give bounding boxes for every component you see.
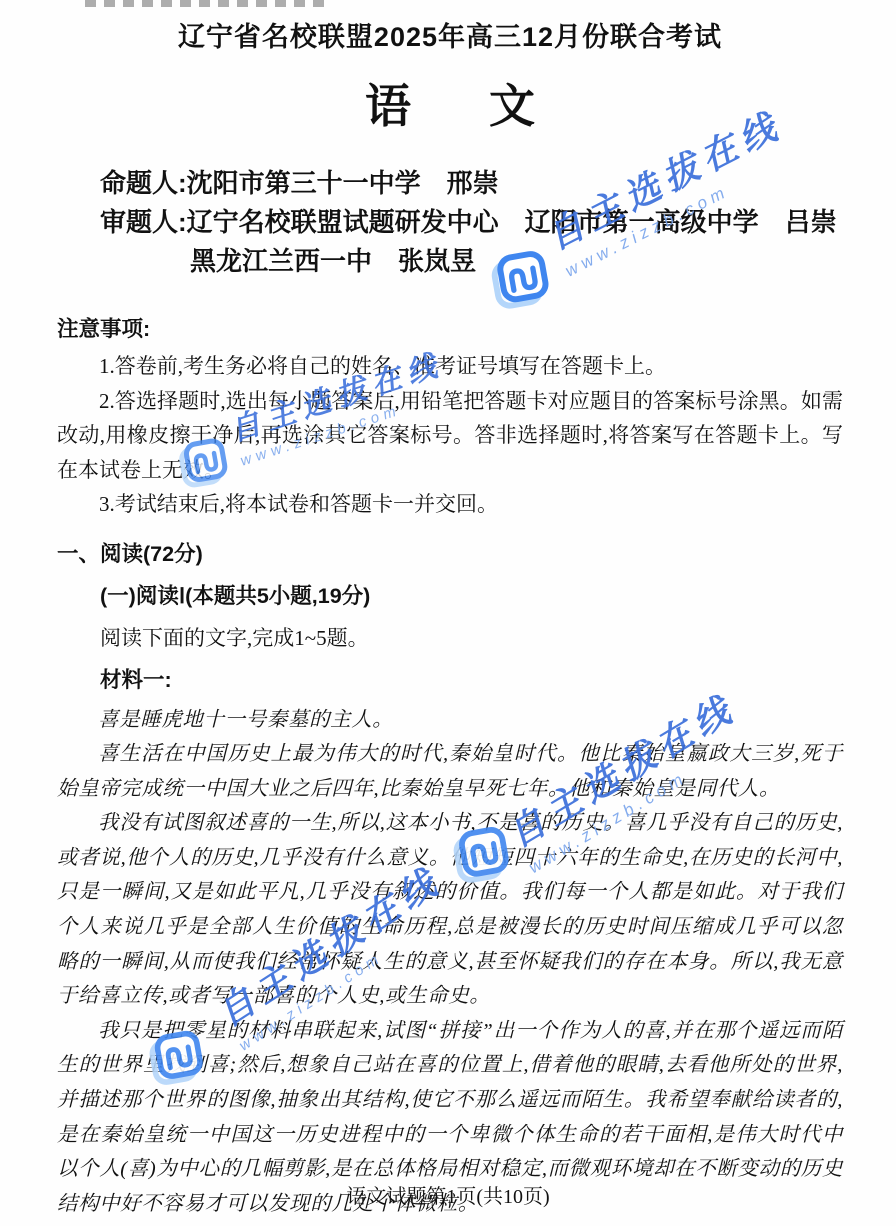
- material-paragraph: 喜是睡虎地十一号秦墓的主人。: [57, 703, 843, 738]
- subsection-heading: (一)阅读Ⅰ(本题共5小题,19分): [57, 579, 843, 613]
- section-heading: 一、阅读(72分): [57, 537, 843, 571]
- notice-heading: 注意事项:: [57, 313, 843, 345]
- setter-line: 黑龙江兰西一中 张岚昱: [100, 242, 843, 281]
- exam-paper-page: 辽宁省名校联盟2025年高三12月份联合考试 语 文 命题人:沈阳市第三十一中学…: [0, 0, 896, 1226]
- material-text: 喜是睡虎地十一号秦墓的主人。 喜生活在中国历史上最为伟大的时代,秦始皇时代。他比…: [57, 703, 843, 1222]
- reading-instruction: 阅读下面的文字,完成1~5题。: [57, 621, 843, 655]
- notice-item: 2.答选择题时,选出每小题答案后,用铅笔把答题卡对应题目的答案标号涂黑。如需改动…: [57, 384, 843, 488]
- setters-block: 命题人:沈阳市第三十一中学 邢崇 审题人:辽宁名校联盟试题研发中心 辽阳市第一高…: [100, 164, 843, 281]
- notice-item: 1.答卷前,考生务必将自己的姓名、准考证号填写在答题卡上。: [57, 349, 843, 384]
- exam-title: 辽宁省名校联盟2025年高三12月份联合考试: [57, 15, 843, 54]
- setter-line: 审题人:辽宁名校联盟试题研发中心 辽阳市第一高级中学 吕崇: [100, 203, 843, 242]
- notice-item: 3.考试结束后,将本试卷和答题卡一并交回。: [57, 487, 843, 522]
- subject-title: 语 文: [57, 70, 843, 136]
- material-paragraph: 我没有试图叙述喜的一生,所以,这本小书,不是喜的历史。喜几乎没有自己的历史,或者…: [57, 806, 843, 1014]
- notice-items: 1.答卷前,考生务必将自己的姓名、准考证号填写在答题卡上。 2.答选择题时,选出…: [57, 349, 843, 522]
- content-column: 辽宁省名校联盟2025年高三12月份联合考试 语 文 命题人:沈阳市第三十一中学…: [57, 0, 843, 1221]
- material-paragraph: 喜生活在中国历史上最为伟大的时代,秦始皇时代。他比秦始皇嬴政大三岁,死于始皇帝完…: [57, 737, 843, 806]
- material-label: 材料一:: [57, 663, 843, 697]
- setter-line: 命题人:沈阳市第三十一中学 邢崇: [100, 164, 843, 203]
- page-footer: 语文试题第1页(共10页): [0, 1180, 896, 1209]
